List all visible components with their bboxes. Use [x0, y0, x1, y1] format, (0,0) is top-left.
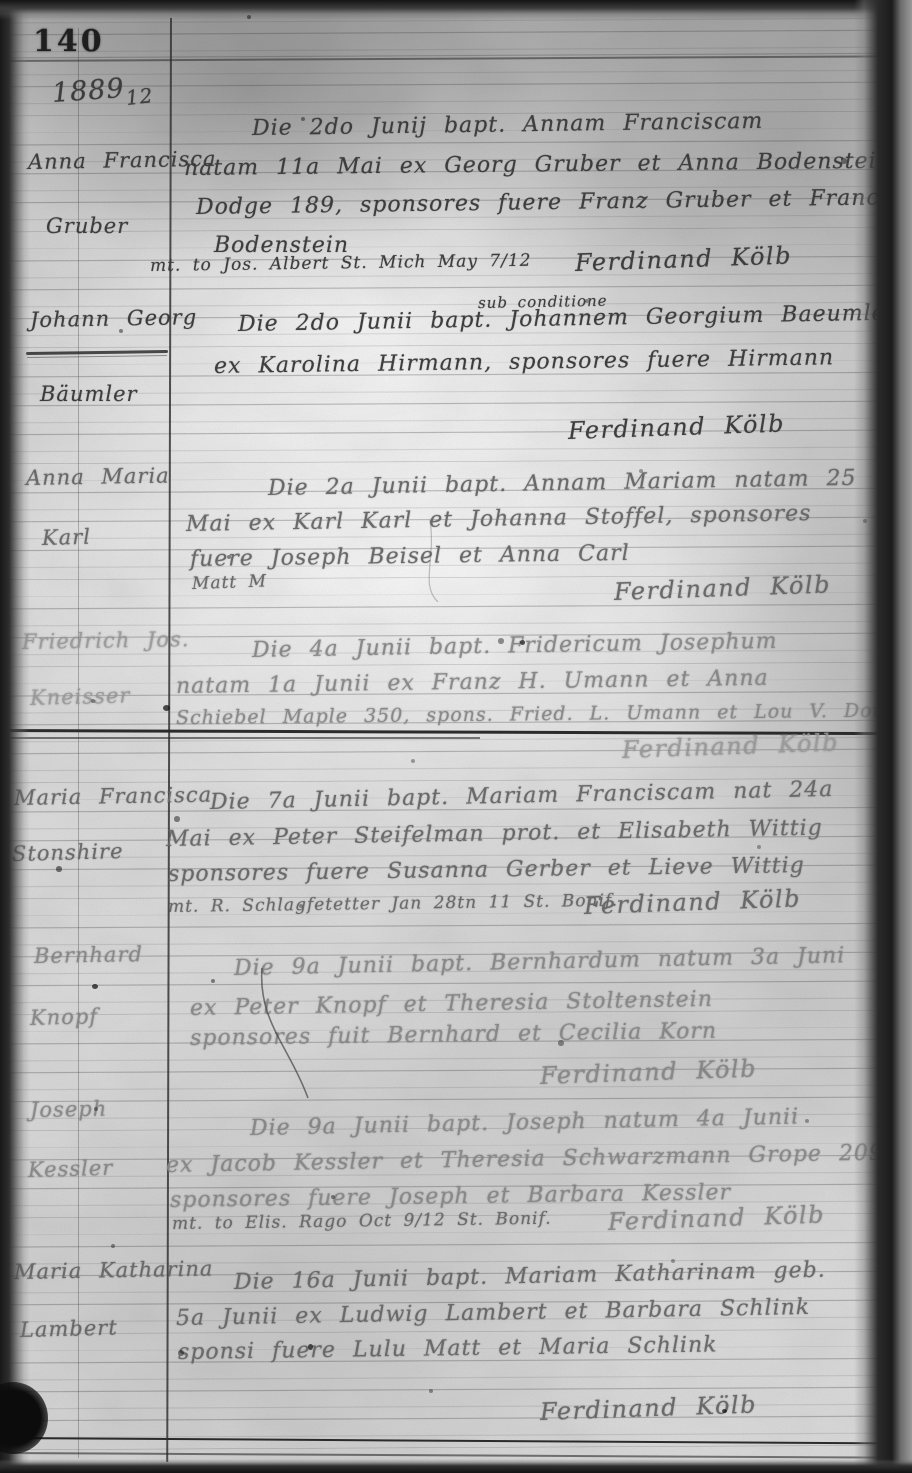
register-page-scan: 140 1889 12 Anna Francisca Gruber Die 2d…	[0, 0, 912, 1473]
page-edge-bottom	[0, 1459, 912, 1473]
paper-texture	[0, 0, 912, 1473]
page-edge-left	[0, 0, 30, 1473]
page-binding-right	[854, 0, 912, 1473]
page-edge-top	[0, 0, 912, 20]
